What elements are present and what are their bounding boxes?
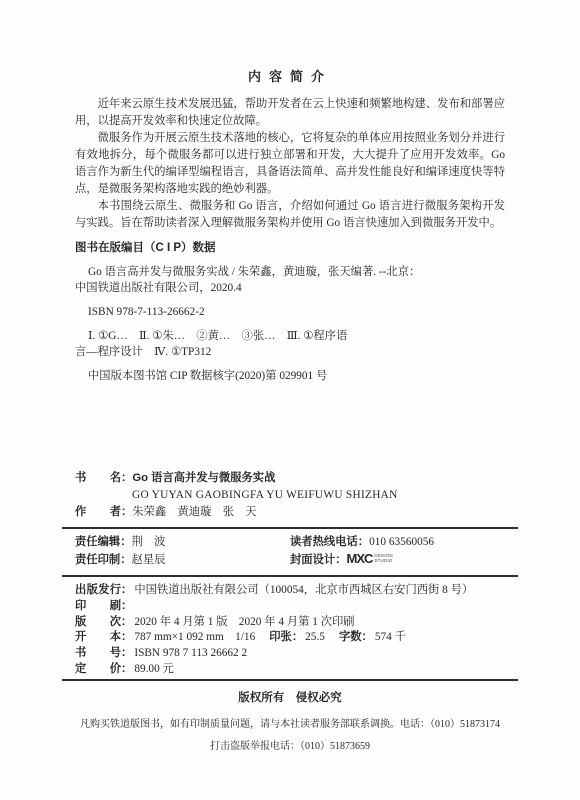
colon: ：	[121, 504, 132, 521]
printer-name: 赵星辰	[132, 552, 166, 570]
edition-value: 2020 年 4 月第 1 版 2020 年 4 月第 1 次印刷	[134, 615, 354, 631]
piracy-hotline-note: 打击盗版举报电话：（010）51873659	[62, 736, 518, 758]
editor-row: 责任编辑： 荆 波	[75, 534, 290, 552]
cip-header: 图书在版编目（C I P）数据	[62, 239, 518, 255]
mxc-logo-subtext: DESIGN STUDIO	[374, 553, 392, 563]
cover-design-logo: MXC DESIGN STUDIO	[347, 552, 393, 565]
colon: ：	[120, 534, 131, 552]
copyright-notice: 版权所有 侵权必究	[62, 689, 518, 705]
colon: ：	[335, 552, 346, 570]
edition-label: 版次	[75, 615, 121, 631]
sheets-label: 印张	[269, 630, 292, 646]
authors-label: 作者	[75, 504, 121, 521]
hotline-label: 读者热线电话	[290, 534, 358, 552]
hotline-row: 读者热线电话： 010 63560056	[290, 534, 505, 552]
isbn-value: ISBN 978 7 113 26662 2	[134, 646, 247, 662]
edition-row: 版次： 2020 年 4 月第 1 版 2020 年 4 月第 1 次印刷	[75, 615, 505, 631]
divider-rule	[62, 679, 518, 681]
book-title-label: 书名	[75, 470, 121, 487]
colon: ：	[121, 599, 132, 615]
cip-line: 中国铁道出版社有限公司，2020.4	[75, 280, 505, 296]
words-value: 574 千	[375, 630, 406, 646]
cip-line: Go 语言高并发与微服务实战 / 朱荣鑫，黄迪璇，张天编著. --北京：	[75, 264, 505, 280]
book-authors-row: 作者： 朱荣鑫 黄迪璇 张 天	[75, 504, 505, 521]
book-title-row: 书名： Go 语言高并发与微服务实战	[75, 470, 505, 487]
cip-classification-line: 言—程序设计 Ⅳ. ①TP312	[75, 344, 505, 360]
colon: ：	[120, 552, 131, 570]
divider-rule	[62, 575, 518, 577]
price-value: 89.00 元	[134, 662, 174, 678]
summary-paragraph: 近年来云原生技术发展迅猛，帮助开发者在云上快速和频繁地构建、发布和部署应用，以提…	[75, 96, 505, 130]
divider-rule	[62, 527, 518, 529]
colon: ：	[362, 630, 373, 646]
staff-left-column: 责任编辑： 荆 波 责任印制： 赵星辰	[75, 534, 290, 569]
format-row: 开本： 787 mm×1 092 mm 1/16 印张： 25.5 字数： 57…	[75, 630, 505, 646]
copyright-footer-section: 版权所有 侵权必究 凡购买铁道版图书，如有印制质量问题，请与本社读者服务部联系调…	[62, 689, 518, 758]
book-pinyin-row: GO YUYAN GAOBINGFA YU WEIFUWU SHIZHAN	[75, 487, 505, 504]
colon: ：	[121, 470, 132, 487]
cip-registry-number: 中国版本图书馆 CIP 数据核字(2020)第 029901 号	[75, 368, 505, 384]
price-row: 定价： 89.00 元	[75, 662, 505, 678]
cip-isbn: ISBN 978-7-113-26662-2	[75, 304, 505, 320]
print-row: 印刷：	[75, 599, 505, 615]
colon: ：	[121, 615, 132, 631]
colon: ：	[358, 534, 369, 552]
publisher-label: 出版发行	[75, 583, 121, 599]
content-summary-section: 内容简介 近年来云原生技术发展迅猛，帮助开发者在云上快速和频繁地构建、发布和部署…	[62, 66, 518, 232]
printer-label: 责任印制	[75, 552, 120, 570]
format-label: 开本	[75, 630, 121, 646]
cip-classification-line: Ⅰ. ①G… Ⅱ. ①朱… ②黄… ③张… Ⅲ. ①程序语	[75, 328, 505, 344]
print-label: 印刷	[75, 599, 121, 615]
colon: ：	[121, 646, 132, 662]
format-value: 787 mm×1 092 mm 1/16	[134, 630, 255, 646]
cip-section: 图书在版编目（C I P）数据 Go 语言高并发与微服务实战 / 朱荣鑫，黄迪璇…	[62, 239, 518, 384]
staff-section: 责任编辑： 荆 波 责任印制： 赵星辰 读者热线电话： 010 63560056…	[62, 534, 518, 569]
book-title-section: 书名： Go 语言高并发与微服务实战 GO YUYAN GAOBINGFA YU…	[62, 470, 518, 521]
publishing-section: 出版发行： 中国铁道出版社有限公司（100054，北京市西城区右安门西街 8 号…	[62, 583, 518, 678]
summary-title: 内容简介	[62, 66, 518, 85]
colon: ：	[121, 630, 132, 646]
colon: ：	[121, 583, 132, 599]
price-label: 定价	[75, 662, 121, 678]
book-title-pinyin: GO YUYAN GAOBINGFA YU WEIFUWU SHIZHAN	[132, 487, 398, 504]
summary-paragraph: 本书围绕云原生、微服务和 Go 语言，介绍如何通过 Go 语言进行微服务架构开发…	[75, 198, 505, 232]
summary-paragraph: 微服务作为开展云原生技术落地的核心，它将复杂的单体应用按照业务划分并进行有效地拆…	[75, 130, 505, 198]
cover-design-label: 封面设计	[290, 552, 335, 570]
hotline-number: 010 63560056	[369, 534, 434, 552]
words-label: 字数	[339, 630, 362, 646]
publisher-value: 中国铁道出版社有限公司（100054，北京市西城区右安门西街 8 号）	[134, 583, 473, 599]
quality-note: 凡购买铁道版图书，如有印制质量问题，请与本社读者服务部联系调换。电话：（010）…	[62, 714, 518, 736]
sheets-value: 25.5	[305, 630, 325, 646]
editor-label: 责任编辑	[75, 534, 120, 552]
mxc-logo-text: MXC	[347, 552, 373, 565]
colon: ：	[292, 630, 303, 646]
isbn-row: 书号： ISBN 978 7 113 26662 2	[75, 646, 505, 662]
book-title: Go 语言高并发与微服务实战	[132, 470, 275, 487]
staff-right-column: 读者热线电话： 010 63560056 封面设计： MXC DESIGN ST…	[290, 534, 505, 569]
colon: ：	[121, 662, 132, 678]
editor-name: 荆 波	[132, 534, 166, 552]
cover-design-row: 封面设计： MXC DESIGN STUDIO	[290, 552, 505, 570]
isbn-label: 书号	[75, 646, 121, 662]
authors: 朱荣鑫 黄迪璇 张 天	[132, 504, 256, 521]
publisher-row: 出版发行： 中国铁道出版社有限公司（100054，北京市西城区右安门西街 8 号…	[75, 583, 505, 599]
printer-row: 责任印制： 赵星辰	[75, 552, 290, 570]
copyright-page: 内容简介 近年来云原生技术发展迅猛，帮助开发者在云上快速和频繁地构建、发布和部署…	[0, 0, 580, 800]
